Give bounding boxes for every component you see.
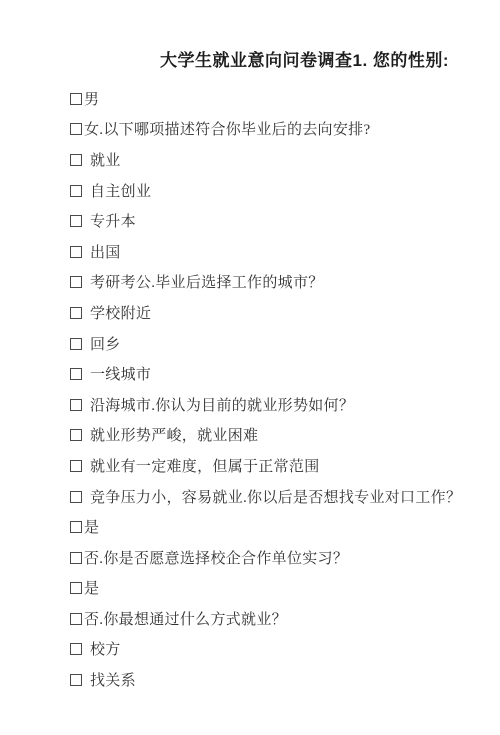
option-row[interactable]: 是 [70, 573, 500, 604]
option-label: 专升本 [90, 210, 136, 231]
option-label: 自主创业 [90, 180, 151, 201]
option-row[interactable]: 就业形势严峻，就业困难 [70, 420, 500, 451]
option-label: 女.以下哪项描述符合你毕业后的去向安排? [84, 118, 370, 139]
option-row[interactable]: 校方 [70, 634, 500, 665]
option-row[interactable]: 专升本 [70, 205, 500, 236]
option-label: 学校附近 [90, 302, 151, 323]
questionnaire-page: 大学生就业意向问卷调查1. 您的性别: 男 女.以下哪项描述符合你毕业后的去向安… [0, 0, 500, 735]
option-label: 一线城市 [90, 363, 151, 384]
option-label: 是 [84, 577, 99, 598]
checkbox-unchecked-icon[interactable] [70, 582, 82, 594]
option-row[interactable]: 沿海城市.你认为目前的就业形势如何？ [70, 389, 500, 420]
option-label: 就业形势严峻，就业困难 [90, 424, 258, 445]
checkbox-unchecked-icon[interactable] [70, 338, 82, 350]
checkbox-unchecked-icon[interactable] [70, 552, 82, 564]
checkbox-unchecked-icon[interactable] [70, 246, 82, 258]
questionnaire-title: 大学生就业意向问卷调查1. 您的性别: [0, 0, 500, 73]
option-label: 竞争压力小，容易就业.你以后是否想找专业对口工作？ [90, 486, 461, 507]
option-row[interactable]: 出国 [70, 236, 500, 267]
checkbox-unchecked-icon[interactable] [70, 368, 82, 380]
option-label: 男 [84, 88, 99, 109]
option-row[interactable]: 自主创业 [70, 175, 500, 206]
checkbox-unchecked-icon[interactable] [70, 276, 82, 288]
option-row[interactable]: 竞争压力小，容易就业.你以后是否想找专业对口工作？ [70, 481, 500, 512]
option-label: 否.你最想通过什么方式就业？ [84, 608, 287, 629]
option-label: 沿海城市.你认为目前的就业形势如何？ [90, 394, 354, 415]
option-row[interactable]: 一线城市 [70, 358, 500, 389]
option-row[interactable]: 男 [70, 83, 500, 114]
option-row[interactable]: 是 [70, 511, 500, 542]
option-label: 回乡 [90, 333, 121, 354]
option-row[interactable]: 学校附近 [70, 297, 500, 328]
checkbox-unchecked-icon[interactable] [70, 460, 82, 472]
option-row[interactable]: 就业 [70, 144, 500, 175]
option-label: 是 [84, 516, 99, 537]
option-label: 考研考公.毕业后选择工作的城市？ [90, 271, 324, 292]
checkbox-unchecked-icon[interactable] [70, 491, 82, 503]
option-row[interactable]: 否.你最想通过什么方式就业？ [70, 603, 500, 634]
option-row[interactable]: 找关系 [70, 664, 500, 695]
checkbox-unchecked-icon[interactable] [70, 307, 82, 319]
checkbox-unchecked-icon[interactable] [70, 521, 82, 533]
option-row[interactable]: 考研考公.毕业后选择工作的城市？ [70, 267, 500, 298]
option-label: 出国 [90, 241, 121, 262]
option-label: 就业 [90, 149, 121, 170]
checkbox-unchecked-icon[interactable] [70, 674, 82, 686]
checkbox-unchecked-icon[interactable] [70, 613, 82, 625]
checkbox-unchecked-icon[interactable] [70, 399, 82, 411]
checkbox-unchecked-icon[interactable] [70, 123, 82, 135]
checkbox-unchecked-icon[interactable] [70, 154, 82, 166]
question-list: 男 女.以下哪项描述符合你毕业后的去向安排? 就业 自主创业 专升本 出国 考研… [70, 83, 500, 695]
option-row[interactable]: 女.以下哪项描述符合你毕业后的去向安排? [70, 114, 500, 145]
option-row[interactable]: 否.你是否愿意选择校企合作单位实习？ [70, 542, 500, 573]
option-label: 就业有一定难度，但属于正常范围 [90, 455, 320, 476]
checkbox-unchecked-icon[interactable] [70, 93, 82, 105]
checkbox-unchecked-icon[interactable] [70, 643, 82, 655]
checkbox-unchecked-icon[interactable] [70, 185, 82, 197]
option-label: 否.你是否愿意选择校企合作单位实习？ [84, 547, 348, 568]
option-row[interactable]: 就业有一定难度，但属于正常范围 [70, 450, 500, 481]
checkbox-unchecked-icon[interactable] [70, 215, 82, 227]
checkbox-unchecked-icon[interactable] [70, 429, 82, 441]
option-row[interactable]: 回乡 [70, 328, 500, 359]
option-label: 找关系 [90, 669, 136, 690]
option-label: 校方 [90, 638, 121, 659]
